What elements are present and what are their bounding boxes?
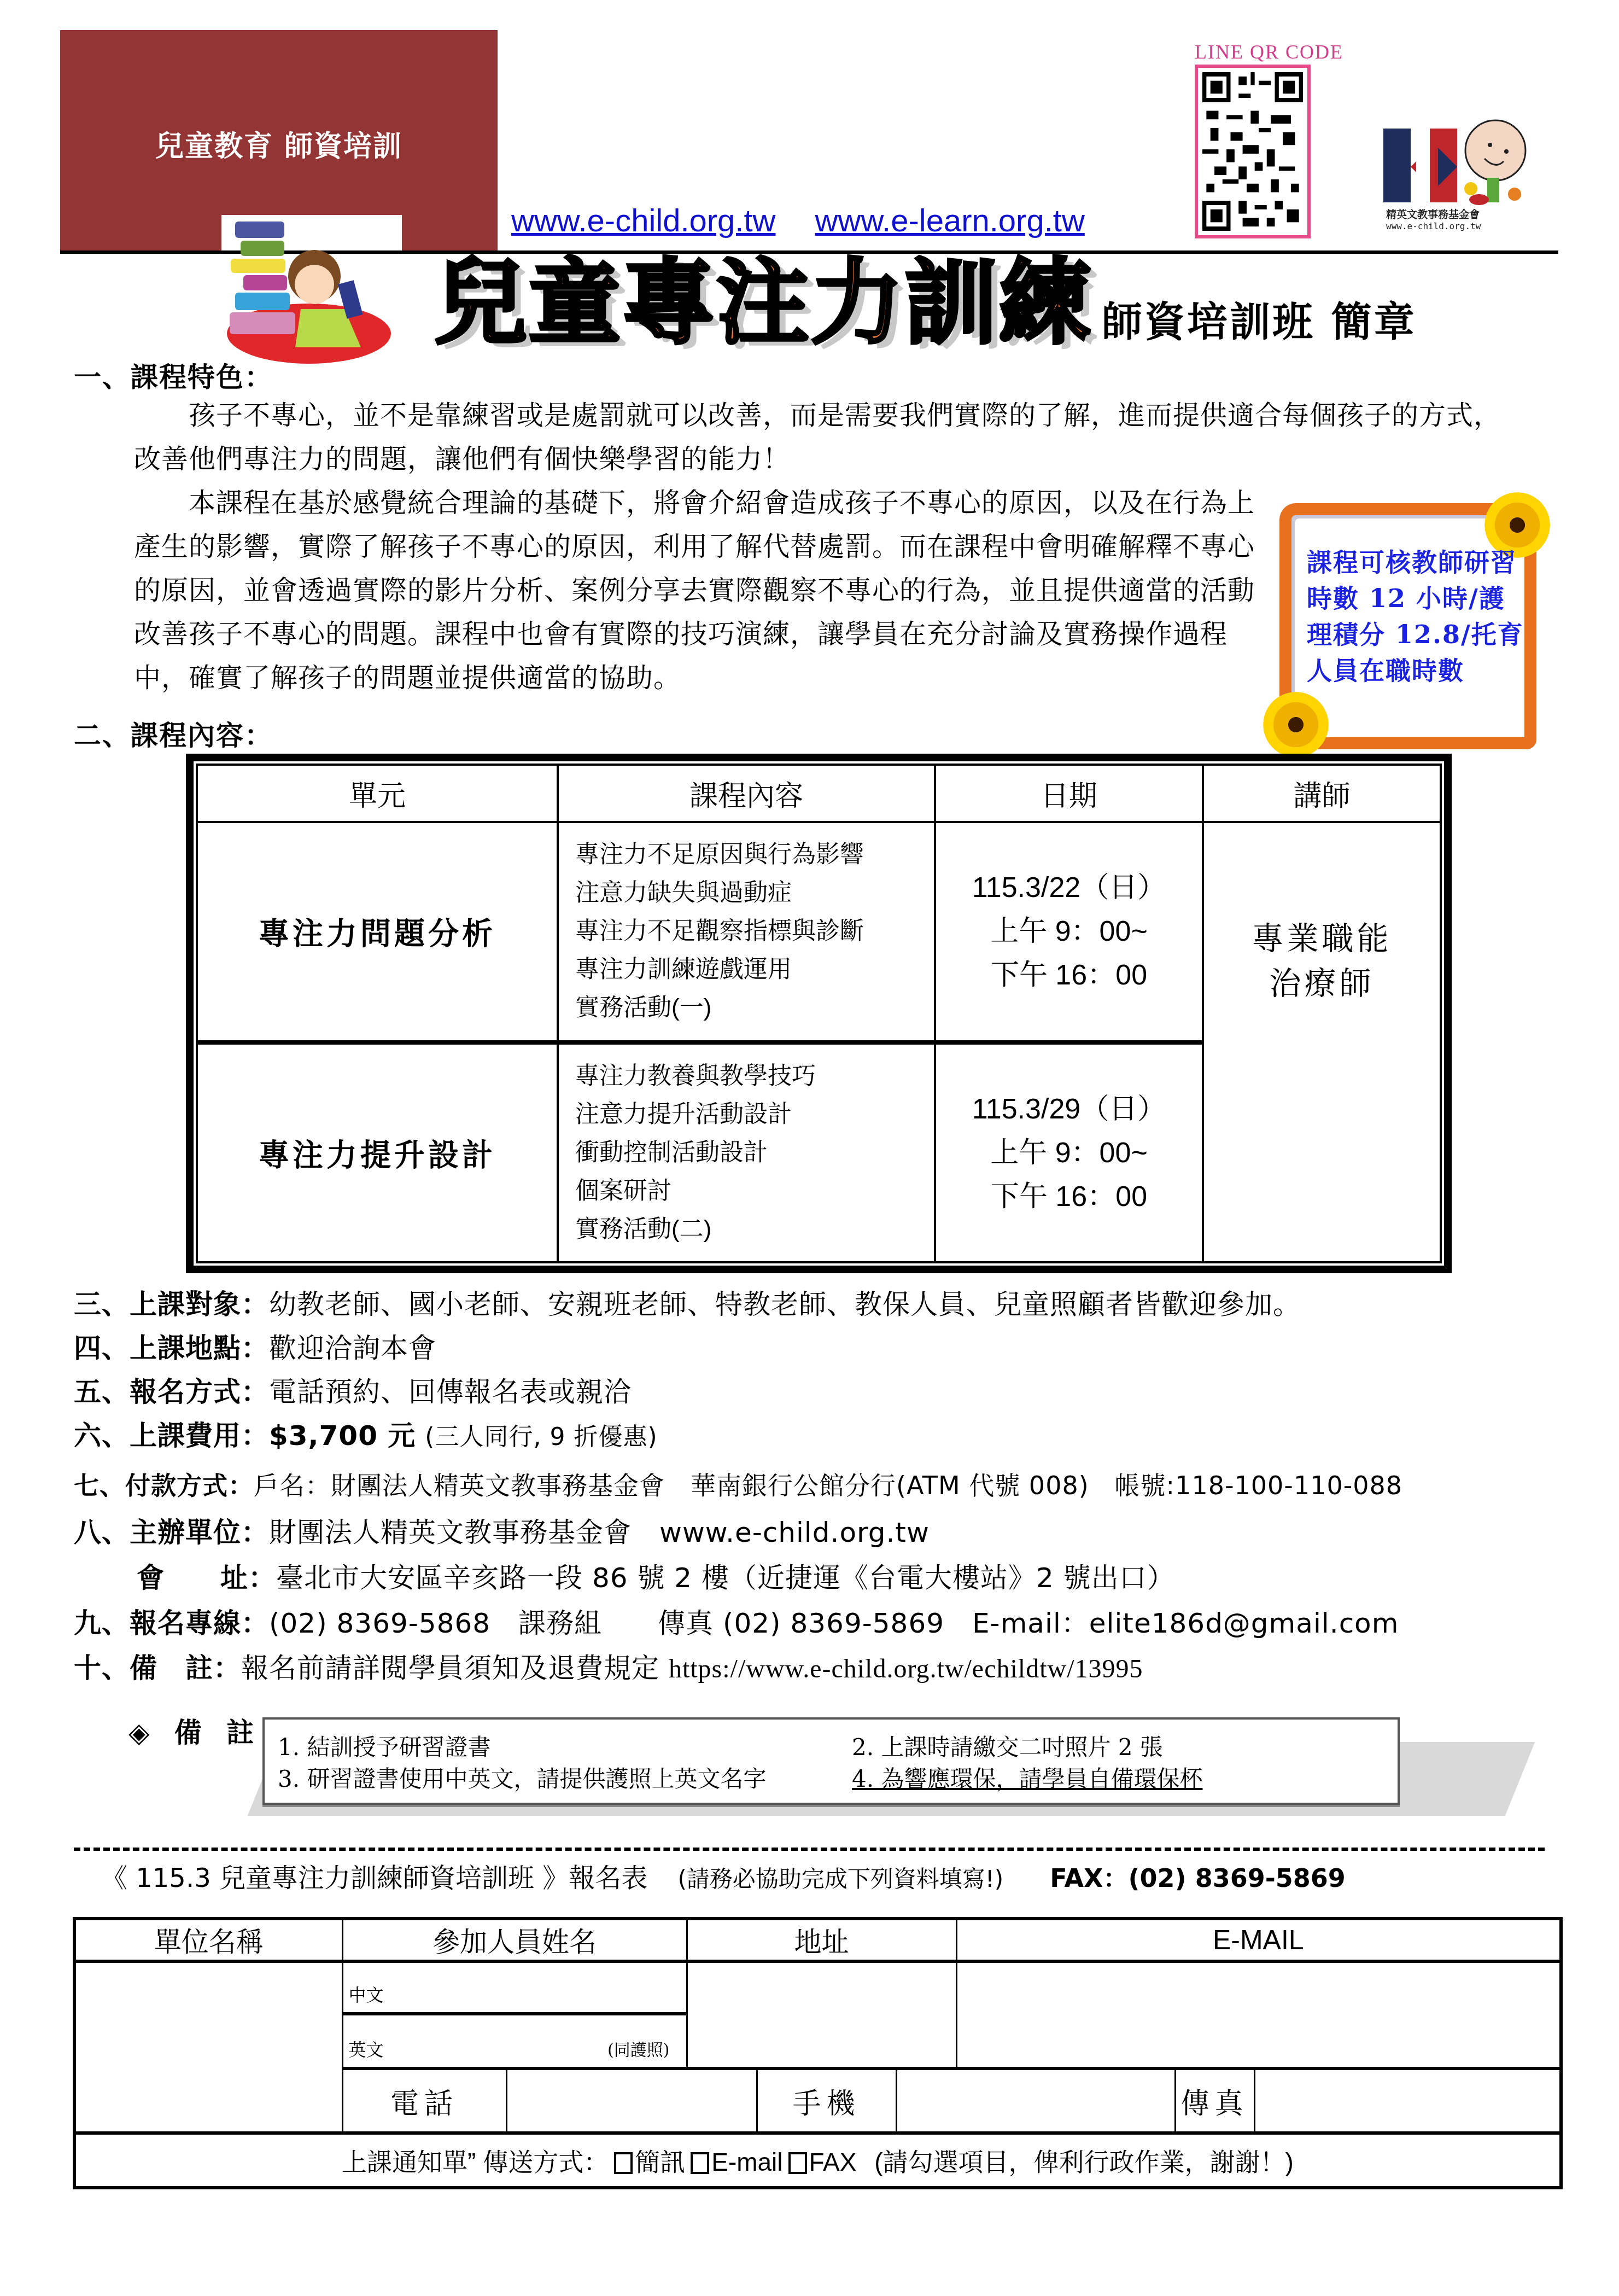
name-zh-label: 中文 bbox=[349, 1985, 384, 2006]
ef-logo-icon bbox=[1383, 107, 1531, 205]
teacher-line: 治療師 bbox=[1204, 961, 1440, 1006]
info-label: 三、上課對象： bbox=[74, 1289, 269, 1320]
checkbox-email[interactable] bbox=[691, 2152, 709, 2174]
content-item: 衝動控制活動設計 bbox=[575, 1134, 934, 1172]
info-value: 歡迎洽詢本會 bbox=[269, 1332, 436, 1364]
section-heading-content: 二、課程內容： bbox=[74, 714, 273, 753]
table-row: 專注力問題分析 專注力不足原因與行為影響 注意力缺失與過動症 專注力不足觀察指標… bbox=[197, 822, 1441, 1042]
logo-org-url: www.e-child.org.tw bbox=[1386, 221, 1481, 231]
info-hotline: 九、報名專線：(02) 8369-5868 課務組 傳真 (02) 8369-5… bbox=[74, 1601, 1399, 1641]
name-zh-field[interactable]: 中文 bbox=[342, 1961, 687, 2014]
content-item: 個案研討 bbox=[575, 1172, 934, 1210]
info-organizer: 八、主辦單位：財團法人精英文教事務基金會 www.e-child.org.tw bbox=[74, 1511, 930, 1550]
info-label: 七、付款方式： bbox=[74, 1471, 254, 1500]
form-row-name-zh: 中文 bbox=[74, 1961, 1561, 2014]
date-cell: 115.3/29（日） 上午 9：00~ 下午 16：00 bbox=[935, 1042, 1203, 1263]
unit-cell: 專注力提升設計 bbox=[197, 1042, 558, 1263]
refund-policy-link[interactable]: https://www.e-child.org.tw/echildtw/1399… bbox=[669, 1654, 1143, 1683]
notice-prefix: 上課通知單” 傳送方式： bbox=[342, 2148, 609, 2176]
address-field[interactable] bbox=[687, 1961, 956, 2068]
time-end: 下午 16：00 bbox=[936, 1175, 1202, 1219]
notice-method: 上課通知單” 傳送方式：簡訊E-mailFAX (請勾選項目，俾利行政作業，謝謝… bbox=[74, 2133, 1561, 2188]
info-location: 四、上課地點：歡迎洽詢本會 bbox=[74, 1326, 436, 1366]
info-label: 會 址： bbox=[137, 1562, 276, 1594]
flower-icon bbox=[1263, 692, 1329, 757]
info-label: 十、備 註： bbox=[74, 1652, 241, 1684]
teacher-cell: 專業職能 治療師 bbox=[1203, 822, 1441, 1262]
content-item: 專注力訓練遊戲運用 bbox=[575, 951, 934, 989]
girl-with-books-illustration bbox=[219, 216, 399, 364]
cut-line bbox=[74, 1848, 1545, 1851]
option-sms: 簡訊 bbox=[635, 2148, 685, 2176]
notes-label: ◈ 備 註 bbox=[128, 1711, 261, 1750]
date-cell: 115.3/22（日） 上午 9：00~ 下午 16：00 bbox=[935, 822, 1203, 1042]
registration-form: 單位名稱 參加人員姓名 地址 E-MAIL 中文 英文 (同護照) 電話 手機 … bbox=[73, 1917, 1563, 2189]
content-cell: 專注力不足原因與行為影響 注意力缺失與過動症 專注力不足觀察指標與診斷 專注力訓… bbox=[558, 822, 935, 1042]
info-registration-method: 五、報名方式：電話預約、回傳報名表或親洽 bbox=[74, 1370, 632, 1409]
passport-note: (同護照) bbox=[607, 2036, 669, 2060]
date-text: 115.3/22（日） bbox=[936, 866, 1202, 910]
course-table-frame: 單元 課程內容 日期 講師 專注力問題分析 專注力不足原因與行為影響 注意力缺失… bbox=[186, 754, 1452, 1273]
option-email: E-mail bbox=[711, 2148, 782, 2176]
section-heading-features: 一、課程特色： bbox=[74, 356, 273, 395]
table-header-row: 單元 課程內容 日期 講師 bbox=[197, 765, 1441, 822]
info-remarks: 十、備 註：報名前請詳閱學員須知及退費規定 https://www.e-chil… bbox=[74, 1646, 1143, 1686]
info-value: 報名前請詳閱學員須知及退費規定 bbox=[241, 1652, 659, 1684]
form-header-email: E-MAIL bbox=[956, 1919, 1561, 1961]
info-payment: 七、付款方式：戶名：財團法人精英文教事務基金會 華南銀行公館分行(ATM 代號 … bbox=[74, 1466, 1402, 1502]
badge-text: 課程可核教師研習時數 12 小時/護理積分 12.8/托育人員在職時數 bbox=[1307, 544, 1526, 689]
logo-org-name: 精英文教事務基金會 bbox=[1386, 207, 1480, 222]
mobile-label: 手機 bbox=[757, 2068, 896, 2133]
option-fax: FAX bbox=[809, 2148, 857, 2176]
sub-title: 師資培訓班 簡章 bbox=[1102, 290, 1417, 348]
note-item: 1. 結訓授予研習證書 bbox=[278, 1732, 852, 1763]
main-title: 兒童專注力訓練 bbox=[435, 253, 1093, 354]
name-en-field[interactable]: 英文 (同護照) bbox=[342, 2014, 687, 2068]
paragraph-text: 孩子不專心，並不是靠練習或是處罰就可以改善，而是需要我們實際的了解，進而提供適合… bbox=[134, 394, 1517, 481]
info-audience: 三、上課對象：幼教老師、國小老師、安親班老師、特教老師、教保人員、兒童照顧者皆歡… bbox=[74, 1283, 1301, 1322]
books-girl-icon bbox=[219, 216, 399, 364]
info-fee: 六、上課費用：$3,700 元 (三人同行, 9 折優惠) bbox=[74, 1414, 658, 1453]
form-fax-number: FAX：(02) 8369-5869 bbox=[1050, 1863, 1345, 1893]
credit-hours-badge: 課程可核教師研習時數 12 小時/護理積分 12.8/托育人員在職時數 bbox=[1269, 481, 1553, 766]
info-label: 六、上課費用： bbox=[74, 1420, 269, 1452]
info-value: 臺北市大安區辛亥路一段 86 號 2 樓（近捷運《台電大樓站》2 號出口） bbox=[276, 1562, 1175, 1594]
fee-amount: $3,700 元 bbox=[269, 1420, 416, 1452]
notes-box: 1. 結訓授予研習證書 2. 上課時請繳交二吋照片 2 張 3. 研習證書使用中… bbox=[262, 1717, 1400, 1805]
info-label: 八、主辦單位： bbox=[74, 1517, 269, 1548]
link-e-child[interactable]: www.e-child.org.tw bbox=[511, 203, 775, 238]
content-item: 注意力缺失與過動症 bbox=[575, 874, 934, 912]
form-header-row: 單位名稱 參加人員姓名 地址 E-MAIL bbox=[74, 1919, 1561, 1961]
paragraph-text: 本課程在基於感覺統合理論的基礎下，將會介紹會造成孩子不專心的原因，以及在行為上產… bbox=[134, 481, 1271, 700]
content-item: 實務活動(一) bbox=[575, 989, 934, 1027]
col-header-date: 日期 bbox=[935, 765, 1203, 822]
form-header-address: 地址 bbox=[687, 1919, 956, 1961]
course-table: 單元 課程內容 日期 講師 專注力問題分析 專注力不足原因與行為影響 注意力缺失… bbox=[196, 764, 1442, 1263]
note-item: 2. 上課時請繳交二吋照片 2 張 bbox=[852, 1732, 1399, 1763]
unit-cell: 專注力問題分析 bbox=[197, 822, 558, 1042]
website-links: www.e-child.org.tw www.e-learn.org.tw bbox=[511, 202, 1115, 239]
info-value: 幼教老師、國小老師、安親班老師、特教老師、教保人員、兒童照顧者皆歡迎參加。 bbox=[269, 1289, 1301, 1320]
notice-suffix: (請勾選項目，俾利行政作業，謝謝！) bbox=[874, 2148, 1294, 2176]
time-end: 下午 16：00 bbox=[936, 953, 1202, 997]
checkbox-fax[interactable] bbox=[788, 2152, 807, 2174]
info-value: (02) 8369-5868 課務組 傳真 (02) 8369-5869 E-m… bbox=[269, 1607, 1399, 1639]
form-header-name: 參加人員姓名 bbox=[342, 1919, 687, 1961]
line-qr-code[interactable] bbox=[1195, 65, 1311, 238]
fax-field[interactable] bbox=[1254, 2068, 1561, 2133]
content-item: 實務活動(二) bbox=[575, 1210, 934, 1249]
info-label: 五、報名方式： bbox=[74, 1376, 269, 1408]
email-field[interactable] bbox=[956, 1961, 1561, 2068]
content-item: 專注力不足觀察指標與診斷 bbox=[575, 912, 934, 951]
brand-label: 兒童教育 師資培訓 bbox=[60, 123, 498, 164]
fax-label: 傳真 bbox=[1175, 2068, 1254, 2133]
teacher-line: 專業職能 bbox=[1204, 916, 1440, 961]
note-item: 3. 研習證書使用中英文，請提供護照上英文名字 bbox=[278, 1763, 852, 1795]
name-en-label: 英文 bbox=[349, 2039, 384, 2060]
form-header-unit: 單位名稱 bbox=[74, 1919, 342, 1961]
features-paragraph-1: 孩子不專心，並不是靠練習或是處罰就可以改善，而是需要我們實際的了解，進而提供適合… bbox=[134, 394, 1517, 481]
info-label: 四、上課地點： bbox=[74, 1332, 269, 1364]
info-value: 戶名：財團法人精英文教事務基金會 華南銀行公館分行(ATM 代號 008) 帳號… bbox=[254, 1471, 1402, 1500]
features-paragraph-2: 本課程在基於感覺統合理論的基礎下，將會介紹會造成孩子不專心的原因，以及在行為上產… bbox=[134, 481, 1271, 700]
info-label: 九、報名專線： bbox=[74, 1607, 269, 1639]
time-start: 上午 9：00~ bbox=[936, 910, 1202, 953]
checkbox-sms[interactable] bbox=[614, 2152, 633, 2174]
note-item: 4. 為響應環保，請學員自備環保杯 bbox=[852, 1763, 1399, 1795]
content-item: 注意力提升活動設計 bbox=[575, 1095, 934, 1134]
form-title: 《 115.3 兒童專注力訓練師資培訓班 》報名表 (請務必協助完成下列資料填寫… bbox=[101, 1857, 1346, 1895]
mobile-field[interactable] bbox=[896, 2068, 1175, 2133]
info-address: 會 址：臺北市大安區辛亥路一段 86 號 2 樓（近捷運《台電大樓站》2 號出口… bbox=[137, 1556, 1175, 1595]
form-instruction: (請務必協助完成下列資料填寫!) bbox=[677, 1866, 1003, 1892]
col-header-unit: 單元 bbox=[197, 765, 558, 822]
content-item: 專注力不足原因與行為影響 bbox=[575, 836, 934, 874]
col-header-content: 課程內容 bbox=[558, 765, 935, 822]
form-row-notice: 上課通知單” 傳送方式：簡訊E-mailFAX (請勾選項目，俾利行政作業，謝謝… bbox=[74, 2133, 1561, 2188]
phone-label: 電話 bbox=[342, 2068, 506, 2133]
content-cell: 專注力教養與教學技巧 注意力提升活動設計 衝動控制活動設計 個案研討 實務活動(… bbox=[558, 1042, 935, 1263]
phone-field[interactable] bbox=[506, 2068, 757, 2133]
time-start: 上午 9：00~ bbox=[936, 1131, 1202, 1175]
content-item: 專注力教養與教學技巧 bbox=[575, 1057, 934, 1095]
unit-name-field[interactable] bbox=[74, 1961, 342, 2133]
info-value: 電話預約、回傳報名表或親洽 bbox=[269, 1376, 632, 1408]
col-header-teacher: 講師 bbox=[1203, 765, 1441, 822]
link-e-learn[interactable]: www.e-learn.org.tw bbox=[815, 203, 1085, 238]
form-title-text: 《 115.3 兒童專注力訓練師資培訓班 》報名表 bbox=[101, 1863, 647, 1893]
qr-label: LINE QR CODE bbox=[1195, 40, 1343, 63]
info-value: 財團法人精英文教事務基金會 www.e-child.org.tw bbox=[269, 1517, 930, 1548]
qr-code-icon bbox=[1202, 72, 1303, 231]
date-text: 115.3/29（日） bbox=[936, 1087, 1202, 1131]
fee-discount-note: (三人同行, 9 折優惠) bbox=[425, 1423, 657, 1451]
